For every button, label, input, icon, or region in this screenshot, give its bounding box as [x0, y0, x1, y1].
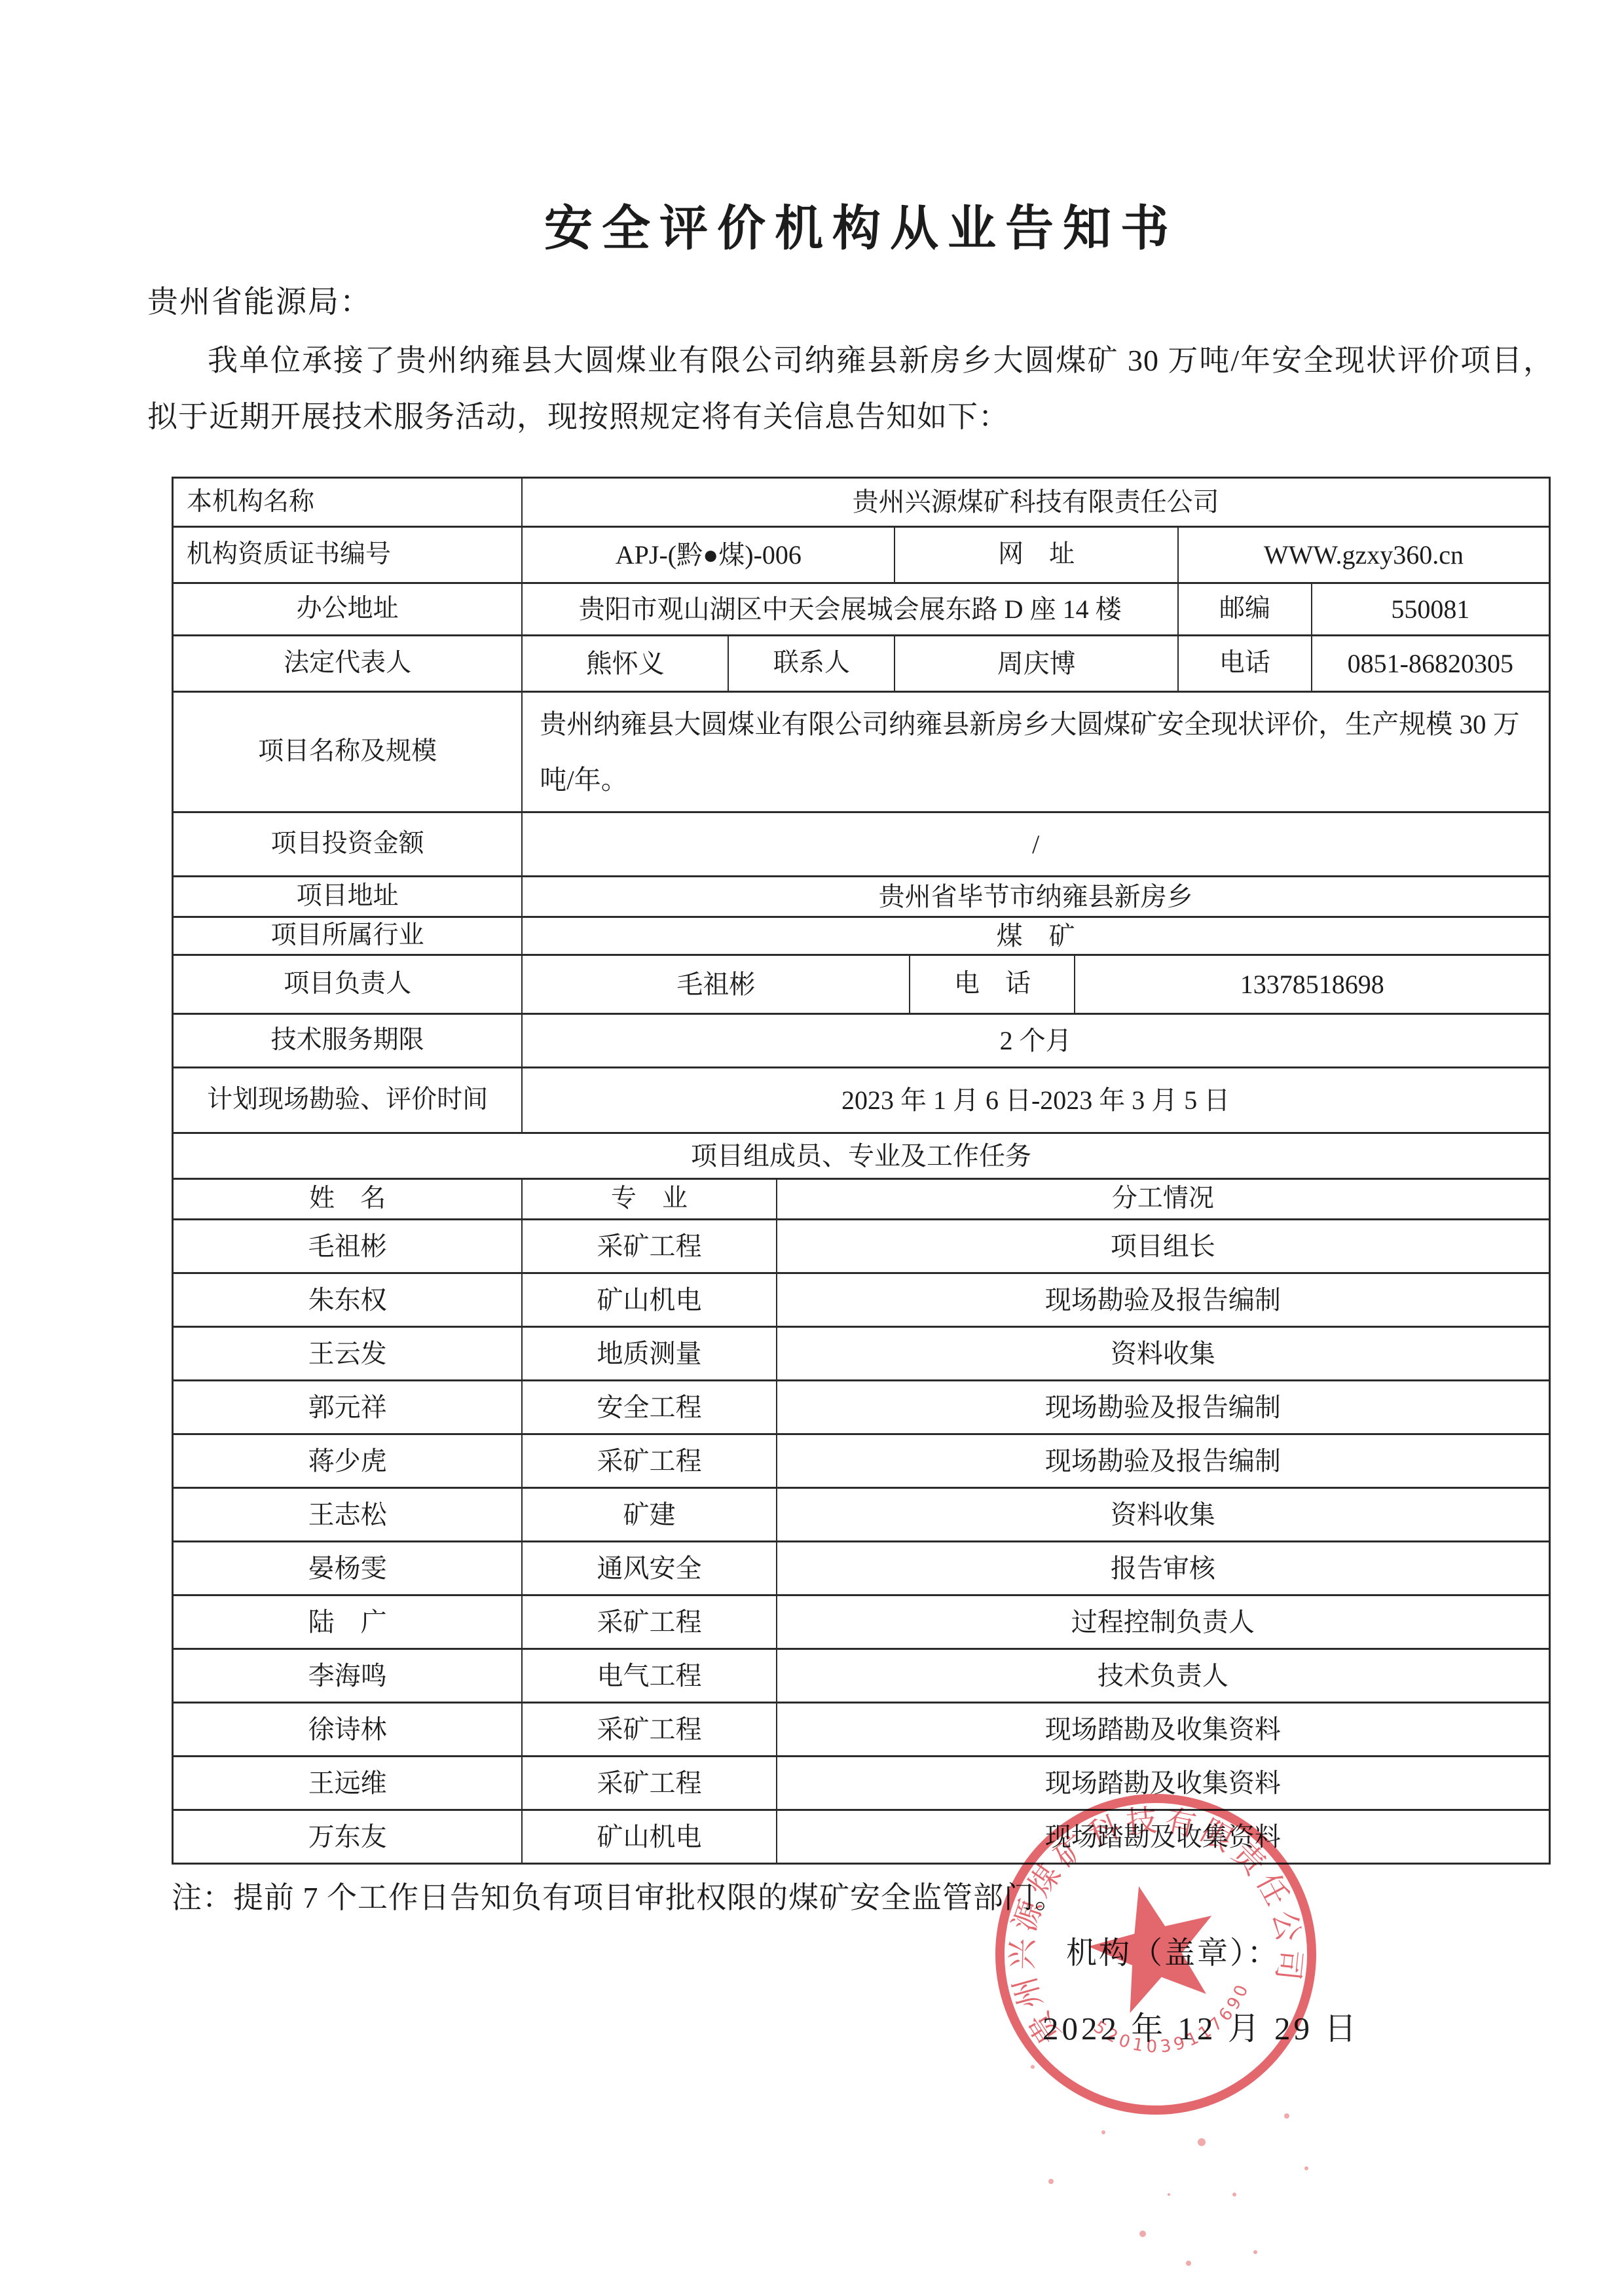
team-member-row: 王远维 采矿工程 现场踏勘及收集资料 — [174, 1755, 1549, 1809]
member-task: 现场踏勘及收集资料 — [776, 1757, 1549, 1809]
table-row: 项目负责人 毛祖彬 电 话 13378518698 — [174, 954, 1549, 1013]
table-row: 办公地址 贵阳市观山湖区中天会展城会展东路 D 座 14 楼 邮编 550081 — [174, 582, 1549, 634]
member-task: 现场勘验及报告编制 — [776, 1435, 1549, 1487]
team-member-row: 陆 广 采矿工程 过程控制负责人 — [174, 1594, 1549, 1648]
org-name-label: 本机构名称 — [174, 479, 521, 526]
member-name: 李海鸣 — [174, 1650, 521, 1702]
project-leader-value: 毛祖彬 — [521, 956, 909, 1013]
phone-label: 电话 — [1177, 636, 1311, 691]
project-address-label: 项目地址 — [174, 877, 521, 916]
phone-value: 0851-86820305 — [1311, 636, 1549, 691]
table-row: 法定代表人 熊怀义 联系人 周庆博 电话 0851-86820305 — [174, 634, 1549, 691]
table-row: 项目投资金额 / — [174, 811, 1549, 875]
service-period-value: 2 个月 — [521, 1015, 1549, 1066]
member-major: 采矿工程 — [521, 1596, 776, 1648]
table-row: 本机构名称 贵州兴源煤矿科技有限责任公司 — [174, 479, 1549, 526]
member-name: 徐诗林 — [174, 1704, 521, 1755]
legal-rep-value: 熊怀义 — [521, 636, 728, 691]
member-name: 陆 广 — [174, 1596, 521, 1648]
member-major: 矿山机电 — [521, 1811, 776, 1863]
team-member-row: 蒋少虎 采矿工程 现场勘验及报告编制 — [174, 1433, 1549, 1487]
member-name: 万东友 — [174, 1811, 521, 1863]
table-row: 项目地址 贵州省毕节市纳雍县新房乡 — [174, 875, 1549, 916]
team-member-row: 李海鸣 电气工程 技术负责人 — [174, 1648, 1549, 1702]
team-member-row: 王志松 矿建 资料收集 — [174, 1487, 1549, 1540]
member-name: 毛祖彬 — [174, 1220, 521, 1272]
office-address-label: 办公地址 — [174, 584, 521, 634]
member-name: 王远维 — [174, 1757, 521, 1809]
page-title: 安全评价机构从业告知书 — [172, 190, 1551, 259]
project-name-label: 项目名称及规模 — [174, 693, 521, 811]
leader-phone-label: 电 话 — [909, 956, 1074, 1013]
cert-label: 机构资质证书编号 — [174, 528, 521, 582]
schedule-label: 计划现场勘验、评价时间 — [174, 1068, 521, 1132]
service-period-label: 技术服务期限 — [174, 1015, 521, 1066]
ink-speckles — [1031, 2065, 1308, 2266]
team-member-row: 万东友 矿山机电 现场踏勘及收集资料 — [174, 1809, 1549, 1863]
team-member-row: 徐诗林 采矿工程 现场踏勘及收集资料 — [174, 1702, 1549, 1755]
signature-label: 机构（盖章）： — [1066, 1929, 1280, 1973]
member-task: 技术负责人 — [776, 1650, 1549, 1702]
member-name: 蒋少虎 — [174, 1435, 521, 1487]
website-label: 网 址 — [894, 528, 1177, 582]
col-header-name: 姓 名 — [174, 1180, 521, 1218]
team-member-row: 朱东权 矿山机电 现场勘验及报告编制 — [174, 1272, 1549, 1326]
member-task: 项目组长 — [776, 1220, 1549, 1272]
member-name: 晏杨雯 — [174, 1542, 521, 1594]
member-major: 地质测量 — [521, 1328, 776, 1379]
team-member-row: 毛祖彬 采矿工程 项目组长 — [174, 1218, 1549, 1272]
team-member-row: 王云发 地质测量 资料收集 — [174, 1326, 1549, 1379]
team-section-title: 项目组成员、专业及工作任务 — [174, 1134, 1549, 1178]
member-task: 过程控制负责人 — [776, 1596, 1549, 1648]
contact-label: 联系人 — [728, 636, 894, 691]
table-row: 计划现场勘验、评价时间 2023 年 1 月 6 日-2023 年 3 月 5 … — [174, 1066, 1549, 1132]
member-major: 采矿工程 — [521, 1435, 776, 1487]
postcode-value: 550081 — [1311, 584, 1549, 634]
team-member-row: 郭元祥 安全工程 现场勘验及报告编制 — [174, 1379, 1549, 1433]
member-major: 电气工程 — [521, 1650, 776, 1702]
investment-label: 项目投资金额 — [174, 813, 521, 875]
member-name: 朱东权 — [174, 1274, 521, 1326]
member-task: 现场踏勘及收集资料 — [776, 1704, 1549, 1755]
team-section-header-row: 项目组成员、专业及工作任务 — [174, 1132, 1549, 1178]
cert-value: APJ-(黔●煤)-006 — [521, 528, 894, 582]
postcode-label: 邮编 — [1177, 584, 1311, 634]
document-page: 安全评价机构从业告知书 贵州省能源局： 我单位承接了贵州纳雍县大圆煤业有限公司纳… — [0, 0, 1624, 2296]
member-major: 采矿工程 — [521, 1704, 776, 1755]
table-row: 项目名称及规模 贵州纳雍县大圆煤业有限公司纳雍县新房乡大圆煤矿安全现状评价，生产… — [174, 691, 1549, 811]
member-task: 资料收集 — [776, 1328, 1549, 1379]
investment-value: / — [521, 813, 1549, 875]
member-name: 郭元祥 — [174, 1381, 521, 1433]
member-task: 报告审核 — [776, 1542, 1549, 1594]
website-value: WWW.gzxy360.cn — [1177, 528, 1549, 582]
col-header-major: 专 业 — [521, 1180, 776, 1218]
team-columns-row: 姓 名 专 业 分工情况 — [174, 1178, 1549, 1218]
member-task: 现场踏勘及收集资料 — [776, 1811, 1549, 1863]
footnote: 注：提前 7 个工作日告知负有项目审批权限的煤矿安全监管部门。 — [172, 1874, 1065, 1917]
member-major: 矿山机电 — [521, 1274, 776, 1326]
col-header-task: 分工情况 — [776, 1180, 1549, 1218]
project-leader-label: 项目负责人 — [174, 956, 521, 1013]
project-address-value: 贵州省毕节市纳雍县新房乡 — [521, 877, 1549, 916]
member-major: 采矿工程 — [521, 1220, 776, 1272]
project-name-value: 贵州纳雍县大圆煤业有限公司纳雍县新房乡大圆煤矿安全现状评价，生产规模 30 万吨… — [521, 693, 1549, 811]
member-name: 王云发 — [174, 1328, 521, 1379]
legal-rep-label: 法定代表人 — [174, 636, 521, 691]
signature-date: 2022 年 12 月 29 日 — [1043, 2003, 1359, 2049]
member-major: 矿建 — [521, 1489, 776, 1540]
schedule-value: 2023 年 1 月 6 日-2023 年 3 月 5 日 — [521, 1068, 1549, 1132]
member-task: 现场勘验及报告编制 — [776, 1274, 1549, 1326]
table-row: 技术服务期限 2 个月 — [174, 1013, 1549, 1066]
notification-table: 本机构名称 贵州兴源煤矿科技有限责任公司 机构资质证书编号 APJ-(黔●煤)-… — [172, 477, 1551, 1865]
intro-paragraph: 我单位承接了贵州纳雍县大圆煤业有限公司纳雍县新房乡大圆煤矿 30 万吨/年安全现… — [147, 333, 1554, 445]
industry-value: 煤 矿 — [521, 918, 1549, 954]
contact-value: 周庆博 — [894, 636, 1177, 691]
table-row: 机构资质证书编号 APJ-(黔●煤)-006 网 址 WWW.gzxy360.c… — [174, 526, 1549, 582]
member-major: 采矿工程 — [521, 1757, 776, 1809]
team-member-row: 晏杨雯 通风安全 报告审核 — [174, 1540, 1549, 1594]
member-task: 现场勘验及报告编制 — [776, 1381, 1549, 1433]
member-major: 通风安全 — [521, 1542, 776, 1594]
org-name-value: 贵州兴源煤矿科技有限责任公司 — [521, 479, 1549, 526]
member-major: 安全工程 — [521, 1381, 776, 1433]
industry-label: 项目所属行业 — [174, 918, 521, 954]
member-name: 王志松 — [174, 1489, 521, 1540]
salutation: 贵州省能源局： — [147, 278, 372, 321]
member-task: 资料收集 — [776, 1489, 1549, 1540]
leader-phone-value: 13378518698 — [1074, 956, 1549, 1013]
table-row: 项目所属行业 煤 矿 — [174, 916, 1549, 954]
office-address-value: 贵阳市观山湖区中天会展城会展东路 D 座 14 楼 — [521, 584, 1177, 634]
